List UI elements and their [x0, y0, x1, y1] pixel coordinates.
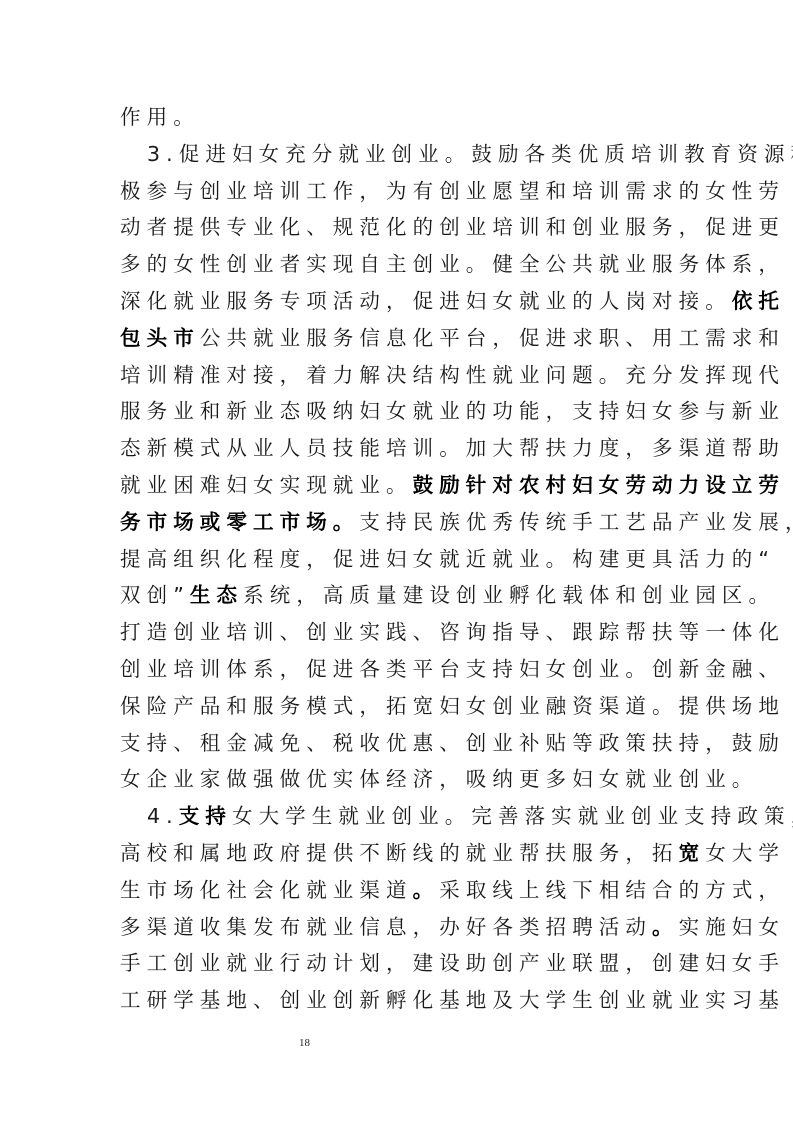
text-line: 工研学基地、创业创新孵化基地及大学生创业就业实习基	[120, 982, 676, 1019]
text-line: 深化就业服务专项活动，促进妇女就业的人岗对接。依托	[120, 283, 676, 320]
text-segment: 工研学基地、创业创新孵化基地及大学生创业就业实习基	[120, 988, 785, 1012]
text-segment: 多渠道收集发布就业信息，办好各类招聘活动	[120, 915, 652, 939]
text-segment: 打造创业培训、创业实践、咨询指导、跟踪帮扶等一体化	[120, 620, 785, 644]
text-line: 女企业家做强做优实体经济，吸纳更多妇女就业创业。	[120, 761, 676, 798]
text-line: 保险产品和服务模式，拓宽妇女创业融资渠道。提供场地	[120, 688, 676, 725]
text-segment: 实施妇女	[679, 915, 785, 939]
text-line: 手工创业就业行动计划，建设助创产业联盟，创建妇女手	[120, 945, 676, 982]
text-line: 态新模式从业人员技能培训。加大帮扶力度，多渠道帮助	[120, 430, 676, 467]
text-line: 动者提供专业化、规范化的创业培训和创业服务，促进更	[120, 209, 676, 246]
text-segment: 作用。	[120, 105, 200, 129]
text-segment: 培训精准对接，着力解决结构性就业问题。充分发挥现代	[120, 363, 785, 387]
text-line: 培训精准对接，着力解决结构性就业问题。充分发挥现代	[120, 357, 676, 394]
text-line: 高校和属地政府提供不断线的就业帮扶服务，拓宽女大学	[120, 835, 676, 872]
text-segment: 3.促进妇女充分就业创业。鼓励各类优质培训教育资源积	[147, 142, 793, 166]
bold-text: 务市场或零工市场。	[120, 510, 359, 534]
text-segment: 创业培训体系，促进各类平台支持妇女创业。创新金融、	[120, 657, 785, 681]
text-segment: 保险产品和服务模式，拓宽妇女创业融资渠道。提供场地	[120, 694, 785, 718]
text-line: 包头市公共就业服务信息化平台，促进求职、用工需求和	[120, 320, 676, 357]
text-segment: 高校和属地政府提供不断线的就业帮扶服务，拓	[120, 841, 679, 865]
text-segment: 女大学生就业创业。完善落实就业创业支持政策，	[232, 804, 793, 828]
text-segment: 极参与创业培训工作，为有创业愿望和培训需求的女性劳	[120, 179, 785, 203]
text-line: 双创”生态系统，高质量建设创业孵化载体和创业园区。	[120, 577, 676, 614]
text-line: 支持、租金减免、税收优惠、创业补贴等政策扶持，鼓励	[120, 725, 676, 762]
text-line: 就业困难妇女实现就业。鼓励针对农村妇女劳动力设立劳	[120, 467, 676, 504]
paragraph-first-line: 3.促进妇女充分就业创业。鼓励各类优质培训教育资源积	[120, 136, 676, 173]
text-line: 极参与创业培训工作，为有创业愿望和培训需求的女性劳	[120, 173, 676, 210]
text-segment: 动者提供专业化、规范化的创业培训和创业服务，促进更	[120, 215, 785, 239]
bold-text: 支持	[179, 804, 232, 828]
text-segment: 公共就业服务信息化平台，促进求职、用工需求和	[200, 326, 785, 350]
text-line: 多的女性创业者实现自主创业。健全公共就业服务体系，	[120, 246, 676, 283]
text-segment: 就业困难妇女实现就业。	[120, 473, 413, 497]
bold-text: 。	[413, 878, 440, 902]
text-line: 生市场化社会化就业渠道。采取线上线下相结合的方式，	[120, 872, 676, 909]
text-line: 多渠道收集发布就业信息，办好各类招聘活动。实施妇女	[120, 909, 676, 946]
text-line: 打造创业培训、创业实践、咨询指导、跟踪帮扶等一体化	[120, 614, 676, 651]
text-segment: 支持、租金减免、税收优惠、创业补贴等政策扶持，鼓励	[120, 731, 785, 755]
text-line: 务市场或零工市场。支持民族优秀传统手工艺品产业发展，	[120, 504, 676, 541]
text-segment: 提高组织化程度，促进妇女就近就业。构建更具活力的“	[120, 547, 775, 571]
text-segment: 深化就业服务专项活动，促进妇女就业的人岗对接。	[120, 289, 732, 313]
bold-text: 生态	[190, 583, 243, 607]
text-line: 创业培训体系，促进各类平台支持妇女创业。创新金融、	[120, 651, 676, 688]
text-line: 提高组织化程度，促进妇女就近就业。构建更具活力的“	[120, 541, 676, 578]
text-line: 作用。	[120, 99, 676, 136]
text-segment: 系统，高质量建设创业孵化载体和创业园区。	[243, 583, 775, 607]
text-segment: 多的女性创业者实现自主创业。健全公共就业服务体系，	[120, 252, 785, 276]
paragraph-first-line: 4.支持女大学生就业创业。完善落实就业创业支持政策，	[120, 798, 676, 835]
text-segment: 女企业家做强做优实体经济，吸纳更多妇女就业创业。	[120, 767, 758, 791]
bold-text: 鼓励针对农村妇女劳动力设立劳	[413, 473, 785, 497]
text-segment: 4.	[147, 804, 179, 828]
bold-text: 。	[652, 915, 679, 939]
page-number: 18	[299, 1037, 310, 1049]
text-segment: 生市场化社会化就业渠道	[120, 878, 413, 902]
text-segment: 支持民族优秀传统手工艺品产业发展，	[359, 510, 793, 534]
body-text: 作用。3.促进妇女充分就业创业。鼓励各类优质培训教育资源积极参与创业培训工作，为…	[120, 99, 676, 1019]
text-line: 服务业和新业态吸纳妇女就业的功能，支持妇女参与新业	[120, 393, 676, 430]
bold-text: 包头市	[120, 326, 200, 350]
text-segment: 手工创业就业行动计划，建设助创产业联盟，创建妇女手	[120, 951, 785, 975]
document-page: 作用。3.促进妇女充分就业创业。鼓励各类优质培训教育资源积极参与创业培训工作，为…	[0, 0, 793, 1122]
bold-text: 依托	[732, 289, 785, 313]
text-segment: 态新模式从业人员技能培训。加大帮扶力度，多渠道帮助	[120, 436, 785, 460]
bold-text: 宽	[679, 841, 706, 865]
text-segment: 女大学	[705, 841, 785, 865]
text-segment: 采取线上线下相结合的方式，	[439, 878, 785, 902]
text-segment: 服务业和新业态吸纳妇女就业的功能，支持妇女参与新业	[120, 399, 785, 423]
text-segment: 双创”	[120, 583, 190, 607]
